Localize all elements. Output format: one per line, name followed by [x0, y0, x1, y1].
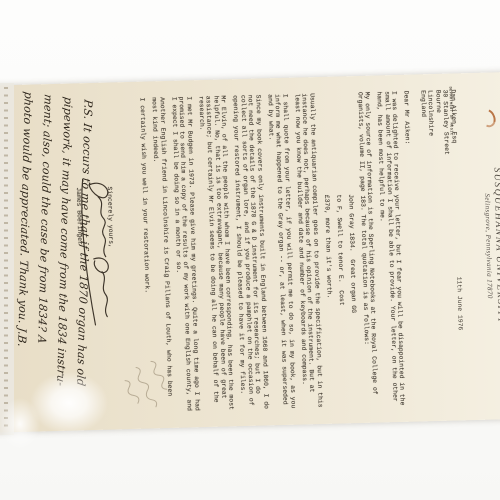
quote-line: John Gray 1834. Great organ GG — [347, 194, 360, 423]
pencil-annotation — [120, 359, 180, 422]
body-paragraph: Since my book covers only instruments bu… — [232, 94, 270, 410]
photo-background: SUSQUEHANNA UNIVERSITY Selinsgrove, Penn… — [0, 0, 500, 500]
quote-line: to F, Swell to tenor E. Cost — [335, 194, 348, 423]
body-paragraph: Mr Elvin, of all the people with whom I … — [197, 95, 235, 411]
quote-line: £370, more than it's worth. — [323, 195, 336, 424]
body-paragraph: Usually the antiquarian compiler goes on… — [293, 93, 324, 408]
body-paragraph: I was delighted to receive your letter, … — [375, 91, 406, 406]
date-line: 11th June 1976 — [455, 277, 463, 331]
glare-highlight — [0, 398, 40, 450]
glare-highlight — [30, 372, 108, 434]
sleeve-perforations — [4, 87, 8, 431]
postscript-handwriting: P.S. It occurs to me that if the 1870 or… — [10, 90, 98, 410]
recipient-address: Dan Aiken, Esq 30 Stanley Street Bourne … — [419, 89, 465, 421]
sleeve-edge — [0, 83, 14, 435]
body-paragraph: I shall quote from your letter, if you w… — [266, 94, 297, 409]
